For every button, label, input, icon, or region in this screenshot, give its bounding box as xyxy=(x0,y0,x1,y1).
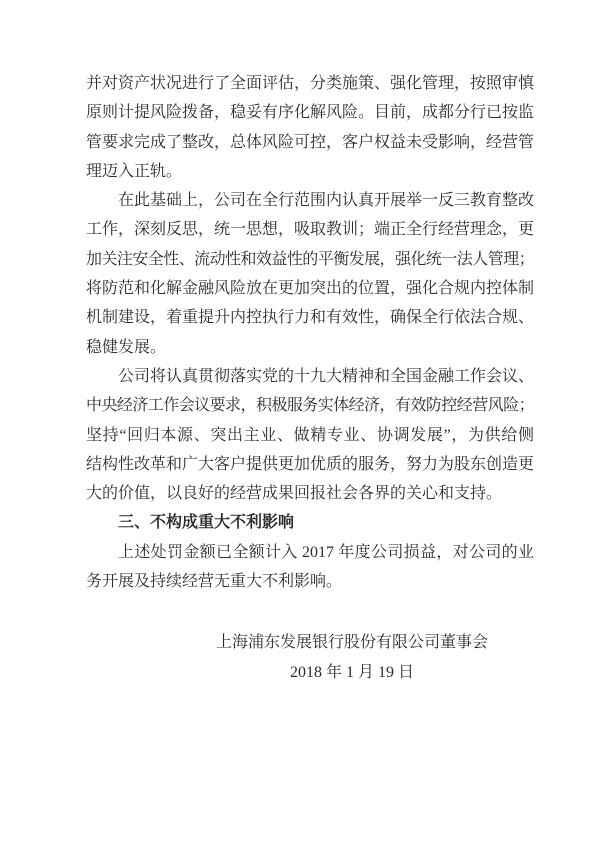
text-line: 机制建设，着重提升内控执行力和有效性，确保全行依法合规、 xyxy=(86,303,534,332)
paragraph-education-rectification: 在此基础上，公司在全行范围内认真开展举一反三教育整改工作，深刻反思，统一思想，吸… xyxy=(86,186,534,362)
text-line: 原则计提风险拨备，稳妥有序化解风险。目前，成都分行已按监 xyxy=(86,98,534,127)
text-line: 工作，深刻反思，统一思想，吸取教训；端正全行经营理念，更 xyxy=(86,215,534,244)
paragraph-penalty-accounting: 上述处罚金额已全额计入 2017 年度公司损益，对公司的业务开展及持续经营无重大… xyxy=(86,538,534,597)
signature-company: 上海浦东发展银行股份有限公司董事会 xyxy=(170,628,534,657)
text-line: 理迈入正轨。 xyxy=(86,157,534,186)
document-page: 并对资产状况进行了全面评估，分类施策、强化管理，按照审慎原则计提风险拨备，稳妥有… xyxy=(0,0,600,848)
text-line: 稳健发展。 xyxy=(86,333,534,362)
text-line: 三、不构成重大不利影响 xyxy=(86,508,534,537)
text-line: 坚持“回归本源、突出主业、做精专业、协调发展”，为供给侧 xyxy=(86,421,534,450)
text-line: 加关注安全性、流动性和效益性的平衡发展，强化统一法人管理； xyxy=(86,245,534,274)
text-line: 公司将认真贯彻落实党的十九大精神和全国金融工作会议、 xyxy=(86,362,534,391)
text-line: 管要求完成了整改，总体风险可控，客户权益未受影响，经营管 xyxy=(86,128,534,157)
text-line: 上述处罚金额已全额计入 2017 年度公司损益，对公司的业 xyxy=(86,538,534,567)
text-line: 大的价值，以良好的经营成果回报社会各界的关心和支持。 xyxy=(86,479,534,508)
text-line: 在此基础上，公司在全行范围内认真开展举一反三教育整改 xyxy=(86,186,534,215)
text-line: 并对资产状况进行了全面评估，分类施策、强化管理，按照审慎 xyxy=(86,69,534,98)
text-line: 务开展及持续经营无重大不利影响。 xyxy=(86,567,534,596)
text-line: 结构性改革和广大客户提供更加优质的服务，努力为股东创造更 xyxy=(86,450,534,479)
signature-block: 上海浦东发展银行股份有限公司董事会 2018 年 1 月 19 日 xyxy=(86,628,534,687)
paragraph-future-commitment: 公司将认真贯彻落实党的十九大精神和全国金融工作会议、中央经济工作会议要求，积极服… xyxy=(86,362,534,508)
signature-date: 2018 年 1 月 19 日 xyxy=(170,658,534,687)
section-heading-no-material-adverse-impact: 三、不构成重大不利影响 xyxy=(86,508,534,537)
text-line: 将防范和化解金融风险放在更加突出的位置，强化合规内控体制 xyxy=(86,274,534,303)
paragraph-asset-remediation: 并对资产状况进行了全面评估，分类施策、强化管理，按照审慎原则计提风险拨备，稳妥有… xyxy=(86,69,534,186)
text-line: 中央经济工作会议要求，积极服务实体经济，有效防控经营风险； xyxy=(86,391,534,420)
document-body: 并对资产状况进行了全面评估，分类施策、强化管理，按照审慎原则计提风险拨备，稳妥有… xyxy=(86,69,534,596)
